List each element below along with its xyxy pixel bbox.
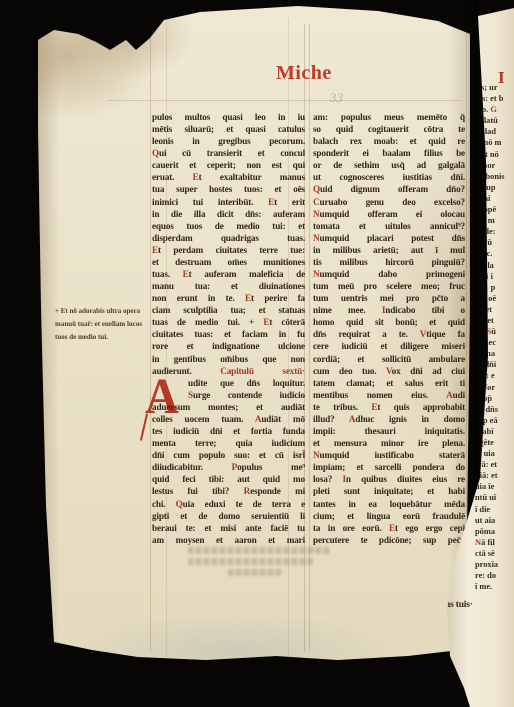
ink-text: colles uocem tuam. — [152, 414, 255, 424]
ink-text: te nō m — [475, 138, 502, 147]
ink-text: uia eduxi te de terra e — [183, 499, 305, 509]
text-line: ctā sē — [475, 548, 514, 559]
ink-text: chī: p — [475, 283, 495, 292]
ink-text: ndicabo tibi o — [385, 305, 465, 315]
text-line: te tribus. Et quis approbabit — [313, 401, 465, 413]
text-line: gl̄a m — [475, 215, 514, 226]
text-line: in gentibus om̄ibus que non — [152, 353, 305, 365]
text-line: percutere te pdicōne; sup pec̄a — [313, 534, 465, 546]
text-line: Numquid iustificabo staterā — [313, 449, 465, 461]
ink-text: non erunt in te. — [152, 293, 245, 303]
ink-text: biā: et — [475, 471, 498, 480]
ink-text: cordiā; et sollicitū ambulare — [313, 354, 465, 364]
text-line: donec — [475, 337, 514, 348]
text-line: ce. Sū — [475, 326, 514, 337]
ink-text: uolup — [475, 183, 496, 192]
ink-text: diiudicabitur. — [152, 462, 232, 472]
ink-text: ib sor — [475, 161, 495, 170]
text-line: lestus fui tibi? Responde mi — [152, 485, 305, 497]
text-line: Qui ī — [475, 271, 514, 282]
ink-text: balach rex moab: et quid re — [313, 136, 465, 146]
ink-text: illud? — [313, 414, 349, 424]
ink-text: ctā sē — [475, 549, 495, 558]
ink-text: percutere te pdicōne; sup pec̄a — [313, 535, 465, 545]
next-page-clipped-text: ris; urms: et bmo. Gablatūr gladte nō mo… — [475, 82, 514, 597]
photograph-of-manuscript: { "page": { "header": { "title": "Miche"… — [0, 0, 514, 707]
ghost-folio-mark: 33 — [330, 90, 343, 106]
ink-text: sponderit ei baalam filius be — [313, 148, 465, 158]
text-line: rsona — [475, 348, 514, 359]
running-title: Miche — [276, 62, 332, 85]
ink-text: tuos de medio tui. — [55, 333, 108, 341]
manuscript-page: Miche 33 A pulos multos quasi leo in ium… — [38, 6, 470, 670]
ink-text: trā: et — [475, 460, 497, 469]
rubricated-text: Capitulū sextū· — [220, 366, 305, 376]
ink-text: uruabo genu deo excelso? — [320, 197, 466, 207]
text-line: quid feci tibi: aut quid mo — [152, 473, 305, 485]
text-line: o et nō — [475, 149, 514, 160]
ink-text: ī die — [475, 505, 490, 514]
text-line: ce dn̄i — [475, 359, 514, 370]
text-line: rore et indignatione ulcione — [152, 340, 305, 352]
text-line: chī: p — [475, 282, 514, 293]
text-line: Et perdam ciuitates terre tue: — [152, 244, 305, 256]
text-line: Numquid offeram ei olocau — [313, 208, 465, 220]
ink-text: tes iudiciū dn̄i et fortia funda — [152, 426, 305, 436]
text-line: et mensura minor ire plena. — [313, 437, 465, 449]
text-line: ib sor — [475, 160, 514, 171]
text-line: in milibus arietū; aut ī mul — [313, 244, 465, 256]
text-line: sup eā — [475, 415, 514, 426]
ink-text: t perire fa — [251, 293, 305, 303]
text-line: cere iudiciū et diligere miseri — [313, 340, 465, 352]
ink-text: menta terre; quia iudicium — [152, 438, 305, 448]
erased-annotation — [188, 547, 330, 580]
ink-text: et mensura minor ire plena. — [313, 438, 465, 448]
ink-text: ui cū transierit et concul — [159, 148, 305, 158]
erased-text-line — [188, 558, 313, 565]
next-page-bottom-text: ns tuis· — [445, 600, 505, 610]
text-line: mo. G — [475, 104, 514, 115]
text-line: rē: et — [475, 315, 514, 326]
text-line: tua super hostes tuos: et oēs — [152, 183, 305, 195]
ink-text: udi — [453, 390, 465, 400]
text-line: proxīa — [475, 559, 514, 570]
ink-text: de bonis — [475, 172, 505, 181]
text-line: ī me. — [475, 581, 514, 592]
text-line: gipti et de domo seruientiū li — [152, 510, 305, 522]
ink-text: beraui te: et misi ante faciē tu — [152, 523, 305, 533]
ink-text: audierunt. — [152, 366, 220, 376]
ink-text: t erit — [274, 197, 305, 207]
ink-text: in die illa dicit dn̄s: auferam — [152, 209, 305, 219]
text-line: Et dn̄s — [475, 404, 514, 415]
ink-text: esponde mi — [250, 486, 305, 496]
rubricated-text: Q — [152, 148, 159, 158]
text-line: homo quid sit bonū; et quid — [313, 316, 465, 328]
ink-text: ce dn̄i — [475, 360, 496, 369]
ink-text: re: do — [475, 571, 496, 580]
text-line: la uia — [475, 448, 514, 459]
text-line: cium; et lingua eorū fraudulē — [313, 510, 465, 522]
ink-text: uid dignum offeram dn̄o? — [320, 184, 465, 194]
ink-text: cum deo tuo. — [313, 366, 386, 376]
ink-text: ut aīa — [475, 516, 495, 525]
ink-text: rore et indignatione ulcione — [152, 341, 305, 351]
ink-text: te tribus. — [313, 402, 371, 412]
ink-text: tuas de medio tui. + — [152, 317, 263, 327]
ink-text: eruat. — [152, 172, 193, 182]
ink-text: udite que dn̄s loquitur. — [188, 378, 305, 388]
ink-text: dn̄i cum populo suo: et cū isrl̄ — [152, 450, 305, 460]
text-line: is pp̄ — [475, 393, 514, 404]
ink-text: ris; ur — [475, 83, 498, 92]
text-line: Numquid placari potest dn̄s — [313, 232, 465, 244]
ink-text: t auferam maleficia de — [189, 269, 305, 279]
ink-text: mō oē — [475, 294, 496, 303]
ink-text: ntū uī — [475, 493, 496, 502]
text-line: ris; ur — [475, 82, 514, 93]
ink-text: so quid cogitauerit cōtra te — [313, 124, 465, 134]
text-line: uia īe — [475, 481, 514, 492]
text-line: sponderit ei baalam filius be — [313, 147, 465, 159]
ink-text: disperdam quadrigas tuas. — [152, 233, 305, 243]
text-column-right: am: populus meus memēto q̄so quid cogita… — [313, 111, 465, 549]
ink-text: in milibus arietū; aut ī mul — [313, 245, 465, 255]
text-line: ut aīa — [475, 515, 514, 526]
erased-text-line — [188, 547, 330, 554]
text-line: balach rex moab: et quid re — [313, 135, 465, 147]
text-line: tum meū pro scelere meo; fruc — [313, 280, 465, 292]
text-line: so quid cogitauerit cōtra te — [313, 123, 465, 135]
ink-text: cauerit et ceperit; non est qui — [152, 160, 305, 170]
text-line: de bonis — [475, 171, 514, 182]
ink-text: mentibus nomen eius. — [313, 390, 446, 400]
ink-text: t exaltabitur manus — [199, 172, 305, 182]
text-line: tuos de medio tui. — [55, 331, 147, 344]
ink-text: ablatū — [475, 116, 498, 125]
marginal-correction-note: + Et nō adorabis ultra operamanuū tuar̄:… — [55, 305, 147, 344]
ink-text: manuū tuar̄: et euellam lucos — [55, 320, 142, 328]
ink-text: tomata et uitulos annicul⁹? — [313, 221, 465, 231]
ink-text: impii: thesauri iniquitatis. — [313, 426, 465, 436]
ink-text: pleti sunt iniquitate; et habi — [313, 486, 465, 496]
text-line: manu tua: et diuinationes — [152, 280, 305, 292]
ink-text: ta in ore eorū. — [313, 523, 389, 533]
ink-text: cere iudiciū et diligere miseri — [313, 341, 465, 351]
text-line: Quid dignum offeram dn̄o? — [313, 183, 465, 195]
ink-text: pulos multos quasi leo in iu — [152, 112, 305, 122]
ink-text: manu tua: et diuinationes — [152, 281, 305, 291]
text-line: am: populus meus memēto q̄ — [313, 111, 465, 123]
ink-text: ox dn̄i ad ciui — [392, 366, 465, 376]
text-line: pulos multos quasi leo in iu — [152, 111, 305, 123]
ink-text: in gentibus om̄ibus que non — [152, 354, 305, 364]
text-line: losa? In quibus diuites eius re — [313, 473, 465, 485]
ink-text: t perdam ciuitates terre tue: — [158, 245, 305, 255]
text-line: lis lū — [475, 237, 514, 248]
ink-text: t ego ergo cepi — [395, 523, 465, 533]
text-line: rphi — [475, 193, 514, 204]
text-line: leonis in gregibus pecorum. — [152, 135, 305, 147]
ink-text: leonis in gregibus pecorum. — [152, 136, 305, 146]
text-line: aduersum montes; et audiāt — [152, 401, 305, 413]
ink-text: nime mee. — [313, 305, 382, 315]
text-line: ntū uī — [475, 492, 514, 503]
ink-text: tum uentris mei pro pc̄to a — [313, 293, 465, 303]
text-line: mō oē — [475, 293, 514, 304]
text-line: mentibus nomen eius. Audi — [313, 389, 465, 401]
ink-text: umquid iustificabo staterā — [320, 450, 466, 460]
ink-text: ut cognosceres iustitias dn̄i. — [313, 172, 465, 182]
ink-text: t quis approbabit — [377, 402, 465, 412]
text-line: ut cognosceres iustitias dn̄i. — [313, 171, 465, 183]
ink-text: am moysen et aaron et mari — [152, 535, 305, 545]
ink-text: tis milibus hircorū pinguiū? — [313, 257, 465, 267]
ink-text: am: populus meus memēto q̄ — [313, 112, 465, 122]
text-line: in die illa dicit dn̄s: auferam — [152, 208, 305, 220]
ink-text: chi. — [152, 499, 176, 509]
ink-text: tua super hostes tuos: et oēs — [152, 184, 305, 194]
text-line: or de sethim usq̄ ad galgalā — [313, 159, 465, 171]
text-line: uolup — [475, 182, 514, 193]
ruling-line-vertical — [150, 24, 151, 652]
ink-text: umquid dabo primogeni — [320, 269, 466, 279]
text-line: diiudicabitur. Populus me⁹ — [152, 461, 305, 473]
text-line: ms: et b — [475, 93, 514, 104]
text-line: disperdam quadrigas tuas. — [152, 232, 305, 244]
text-line: colles uocem tuam. Audiāt mō — [152, 413, 305, 425]
text-line: re for — [475, 382, 514, 393]
ink-text: aduersum montes; et audiāt — [152, 402, 305, 412]
ink-text: o et nō — [475, 150, 499, 159]
text-line: huic. — [475, 248, 514, 259]
ink-text: ciuitates tuas: et faciam in fu — [152, 329, 305, 339]
ink-text: tuas. — [152, 269, 183, 279]
ink-text: tique fa — [426, 329, 465, 339]
text-line: cauerit et ceperit; non est qui — [152, 159, 305, 171]
ink-text: t dn̄s — [481, 405, 498, 414]
text-line: re: do — [475, 570, 514, 581]
text-line: tuas de medio tui. + Et cōterā — [152, 316, 305, 328]
ink-text: + Et nō adorabis ultra opera — [55, 307, 140, 315]
ink-text: donec — [475, 338, 496, 347]
ink-text: dn̄s requirat a te. — [313, 329, 420, 339]
ink-text: or de sethim usq̄ ad galgalā — [313, 160, 465, 170]
ink-text: proxīa — [475, 560, 498, 569]
text-line: ablatū — [475, 115, 514, 126]
text-line: tatem clamat; et salus erit ti — [313, 377, 465, 389]
text-line: mētis siluarū; et quasi catulus — [152, 123, 305, 135]
ink-text: t cōterā — [269, 317, 305, 327]
text-line: tantes in ea loquebātur mēda — [313, 498, 465, 510]
ink-text: opulus me⁹ — [237, 462, 305, 472]
text-line: te nō m — [475, 137, 514, 148]
text-line: lo opē — [475, 204, 514, 215]
text-line: nime mee. Indicabo tibi o — [313, 304, 465, 316]
text-line: tum uentris mei pro pc̄to a — [313, 292, 465, 304]
text-line: manuū tuar̄: et euellam lucos — [55, 318, 147, 331]
text-line: Surge contende iudicio — [152, 389, 305, 401]
ink-text: tum meū pro scelere meo; fruc — [313, 281, 465, 291]
erased-text-line — [228, 569, 282, 576]
text-line: eruat. Et exaltabitur manus — [152, 171, 305, 183]
text-line: pōma — [475, 526, 514, 537]
text-line: + Et nō adorabis ultra opera — [55, 305, 147, 318]
text-line: et destruam om̄es munitiones — [152, 256, 305, 268]
text-line: Qui cū transierit et concul — [152, 147, 305, 159]
ink-text: quid feci tibi: aut quid mo — [152, 474, 305, 484]
text-line: ccabī — [475, 426, 514, 437]
text-line: ī die — [475, 504, 514, 515]
text-line: trā: et — [475, 459, 514, 470]
text-line: chi. Quia eduxi te de terra e — [152, 498, 305, 510]
ink-text: ū — [491, 327, 496, 336]
text-line: udite que dn̄s loquitur. — [152, 377, 305, 389]
rubricated-text: Q — [313, 184, 320, 194]
ink-text: umquid placari potest dn̄s — [320, 233, 466, 243]
ink-text: tantes in ea loquebātur mēda — [313, 499, 465, 509]
ink-text: pōma — [475, 527, 495, 536]
text-line: Nā fil — [475, 537, 514, 548]
ink-text: homo quid sit bonū; et quid — [313, 317, 465, 327]
text-line: rū et — [475, 304, 514, 315]
text-line: inimici tui interibūt. Et erit — [152, 196, 305, 208]
text-line: tes iudiciū dn̄i et fortia funda — [152, 425, 305, 437]
rubricated-text: G — [490, 105, 497, 114]
text-line: cum deo tuo. Vox dn̄i ad ciui — [313, 365, 465, 377]
text-line: r glad — [475, 126, 514, 137]
ink-text: sup eā — [475, 416, 498, 425]
text-line: beraui te: et misi ante faciē tu — [152, 522, 305, 534]
text-line: biā: et — [475, 470, 514, 481]
text-line: illud? Adhuc ignis in domo — [313, 413, 465, 425]
ink-text: umquid offeram ei olocau — [320, 209, 466, 219]
ink-text: lo opē — [475, 205, 496, 214]
ink-text: ciam sculptilia tua; et statuas — [152, 305, 305, 315]
text-line: tomata et uitulos annicul⁹? — [313, 220, 465, 232]
ink-text: losa? — [313, 474, 342, 484]
ink-text: ī me. — [475, 582, 492, 591]
ink-text: tatem clamat; et salus erit ti — [313, 378, 465, 388]
text-line: ciam sculptilia tua; et statuas — [152, 304, 305, 316]
ruling-line-horizontal — [108, 100, 460, 101]
text-line: Numquid dabo primogeni — [313, 268, 465, 280]
text-line: Curuabo genu deo excelso? — [313, 196, 465, 208]
text-line: tis milibus hircorū pinguiū? — [313, 256, 465, 268]
ink-text: et destruam om̄es munitiones — [152, 257, 305, 267]
text-line: impiam; et sarcelli pondera do — [313, 461, 465, 473]
text-line: sta la — [475, 260, 514, 271]
text-line: dn̄s requirat a te. Vtique fa — [313, 328, 465, 340]
text-line: impii: thesauri iniquitatis. — [313, 425, 465, 437]
ink-text: dhuc ignis in domo — [355, 414, 465, 424]
text-line: unde: — [475, 226, 514, 237]
text-line: dn̄i cum populo suo: et cū isrl̄ — [152, 449, 305, 461]
ink-text: impiam; et sarcelli pondera do — [313, 462, 465, 472]
ink-text: ui ī — [482, 272, 493, 281]
ink-text: unde: — [475, 227, 495, 236]
ink-text: inimici tui interibūt. — [152, 197, 268, 207]
ink-text: gipti et de domo seruientiū li — [152, 511, 305, 521]
ink-text: mētis siluarū; et quasi catulus — [152, 124, 305, 134]
text-line: pleti sunt iniquitate; et habi — [313, 485, 465, 497]
text-line: ciuitates tuas: et faciam in fu — [152, 328, 305, 340]
text-line: tuas. Et auferam maleficia de — [152, 268, 305, 280]
ink-text: ms: et b — [475, 94, 503, 103]
text-line: cordiā; et sollicitū ambulare — [313, 353, 465, 365]
text-line: equos tuos de medio tui: et — [152, 220, 305, 232]
text-line: non erunt in te. Et perire fa — [152, 292, 305, 304]
text-line: menta terre; quia iudicium — [152, 437, 305, 449]
ink-text: urge contende iudicio — [193, 390, 305, 400]
ink-text: cium; et lingua eorū fraudulē — [313, 511, 465, 521]
text-line: audierunt. Capitulū sextū· — [152, 365, 305, 377]
ink-text: r glad — [475, 127, 496, 136]
ink-text: lestus fui tibi? — [152, 486, 244, 496]
text-line: utē: e — [475, 370, 514, 381]
rubricated-text: Q — [176, 499, 183, 509]
ink-text: ā fil — [481, 538, 495, 547]
ink-text: rsona — [475, 349, 495, 358]
text-column-left: pulos multos quasi leo in iumētis siluar… — [152, 111, 305, 549]
ink-text: n quibus diuites eius re — [346, 474, 465, 484]
ink-text: re for — [475, 383, 495, 392]
text-line: ī gēte — [475, 437, 514, 448]
text-line: am moysen et aaron et mari — [152, 534, 305, 546]
text-line: ta in ore eorū. Et ego ergo cepi — [313, 522, 465, 534]
ink-text: equos tuos de medio tui: et — [152, 221, 305, 231]
ink-text: udiāt mō — [261, 414, 305, 424]
